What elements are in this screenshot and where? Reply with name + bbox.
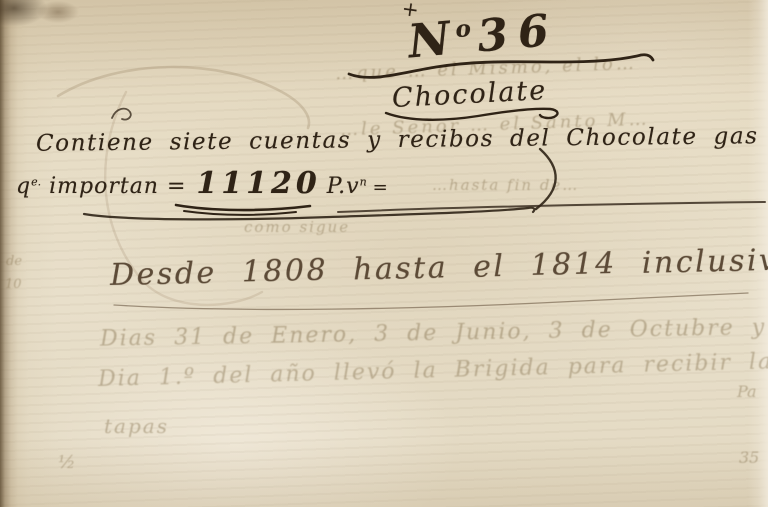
equals-sign: = xyxy=(167,174,186,199)
verb-importan: importan xyxy=(49,174,159,199)
corner-flourish-stroke xyxy=(58,67,309,128)
currency-unit-sup: n xyxy=(360,175,367,188)
abbrev-que: q xyxy=(16,174,31,199)
horizontal-rule xyxy=(84,208,534,220)
abbrev-que-sup: e. xyxy=(31,175,41,188)
trailing-dash: = xyxy=(373,177,389,198)
currency-unit: P.v xyxy=(327,174,360,199)
period-underline xyxy=(114,293,748,309)
total-amount: 11120 xyxy=(196,166,320,201)
amount-underline xyxy=(176,205,310,210)
closing-paren-flourish xyxy=(536,149,556,209)
document-number-letter: N xyxy=(406,10,459,68)
summary-line-2: qe. importan =11120P.vn= xyxy=(16,166,389,201)
document-number-ordinal: o xyxy=(454,15,472,43)
horizontal-rule xyxy=(338,202,765,212)
manuscript-photo: …que … el Mismo, el lo… …le Señor … el S… xyxy=(0,0,768,507)
amount-underline xyxy=(184,211,296,215)
document-number-digits: 36 xyxy=(475,5,560,63)
